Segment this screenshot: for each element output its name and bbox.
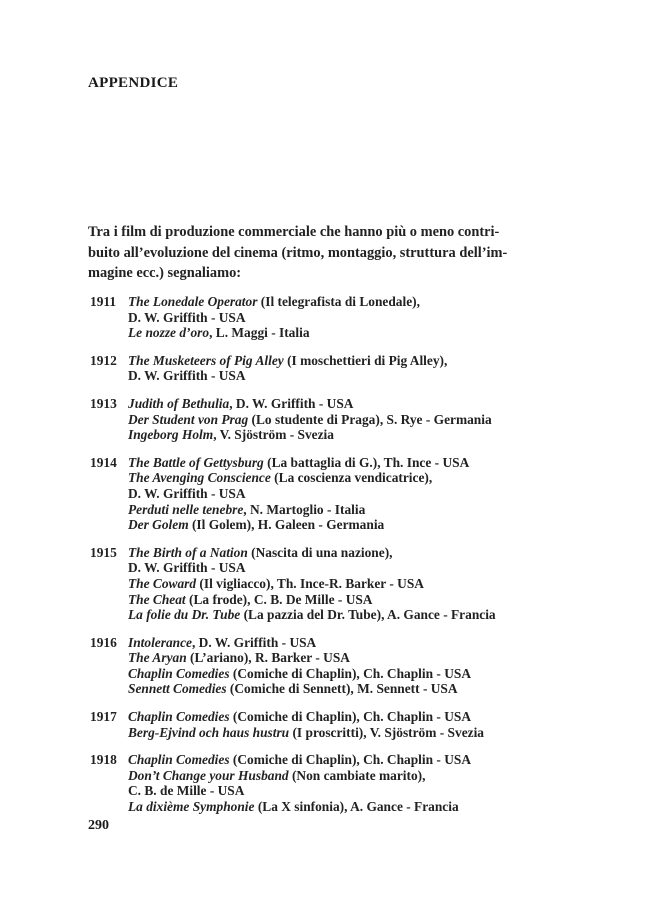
film-details: (Il Golem), H. Galeen - Germania (189, 517, 385, 532)
film-title: The Avenging Conscience (128, 470, 271, 485)
film-details: (Il telegrafista di Lonedale), (257, 294, 420, 309)
film-title: Der Student von Prag (128, 412, 248, 427)
year-label: 1913 (90, 396, 124, 412)
film-lines: Chaplin Comedies (Comiche di Chaplin), C… (128, 752, 630, 814)
film-details: D. W. Griffith - USA (128, 486, 246, 501)
year-label: 1917 (90, 709, 124, 725)
film-details: (La frode), C. B. De Mille - USA (186, 592, 373, 607)
film-line: The Coward (Il vigliacco), Th. Ince-R. B… (128, 576, 630, 592)
book-page: APPENDICE Tra i film di produzione comme… (0, 0, 650, 912)
film-details: , D. W. Griffith - USA (192, 635, 316, 650)
year-entry: 1917Chaplin Comedies (Comiche di Chaplin… (90, 709, 630, 740)
film-title: Sennett Comedies (128, 681, 227, 696)
film-title: The Lonedale Operator (128, 294, 257, 309)
film-lines: The Lonedale Operator (Il telegrafista d… (128, 294, 630, 341)
film-details: (I proscritti), V. Sjöström - Svezia (289, 725, 484, 740)
year-label: 1915 (90, 545, 124, 561)
year-label: 1912 (90, 353, 124, 369)
year-entry: 1916Intolerance, D. W. Griffith - USAThe… (90, 635, 630, 697)
film-title: Intolerance (128, 635, 192, 650)
film-title: The Battle of Gettysburg (128, 455, 264, 470)
film-line: Perduti nelle tenebre, N. Martoglio - It… (128, 502, 630, 518)
film-details: (La X sinfonia), A. Gance - Francia (254, 799, 458, 814)
film-details: (Comiche di Chaplin), Ch. Chaplin - USA (230, 666, 471, 681)
film-title: Berg-Ejvind och haus hustru (128, 725, 289, 740)
film-details: (Lo studente di Praga), S. Rye - Germani… (248, 412, 492, 427)
film-line: Der Golem (Il Golem), H. Galeen - German… (128, 517, 630, 533)
film-line: The Lonedale Operator (Il telegrafista d… (128, 294, 630, 310)
film-line: Chaplin Comedies (Comiche di Chaplin), C… (128, 666, 630, 682)
film-details: (La battaglia di G.), Th. Ince - USA (264, 455, 469, 470)
film-line: Chaplin Comedies (Comiche di Chaplin), C… (128, 752, 630, 768)
page-title: APPENDICE (88, 75, 178, 92)
film-title: The Birth of a Nation (128, 545, 248, 560)
year-entry: 1914The Battle of Gettysburg (La battagl… (90, 455, 630, 533)
film-line: D. W. Griffith - USA (128, 310, 630, 326)
film-title: Chaplin Comedies (128, 709, 230, 724)
film-line: La folie du Dr. Tube (La pazzia del Dr. … (128, 607, 630, 623)
year-entry: 1913Judith of Bethulia, D. W. Griffith -… (90, 396, 630, 443)
film-title: Le nozze d’oro (128, 325, 209, 340)
film-line: The Avenging Conscience (La coscienza ve… (128, 470, 630, 486)
year-entry: 1912The Musketeers of Pig Alley (I mosch… (90, 353, 630, 384)
film-details: , L. Maggi - Italia (209, 325, 309, 340)
film-title: Chaplin Comedies (128, 752, 230, 767)
film-line: The Battle of Gettysburg (La battaglia d… (128, 455, 630, 471)
film-details: (L’ariano), R. Barker - USA (187, 650, 350, 665)
film-details: , D. W. Griffith - USA (229, 396, 353, 411)
film-title: The Cheat (128, 592, 186, 607)
film-details: D. W. Griffith - USA (128, 368, 246, 383)
film-details: , V. Sjöström - Svezia (213, 427, 334, 442)
year-entry: 1911The Lonedale Operator (Il telegrafis… (90, 294, 630, 341)
year-label: 1916 (90, 635, 124, 651)
film-line: The Aryan (L’ariano), R. Barker - USA (128, 650, 630, 666)
film-details: D. W. Griffith - USA (128, 560, 246, 575)
year-label: 1911 (90, 294, 124, 310)
film-line: Intolerance, D. W. Griffith - USA (128, 635, 630, 651)
film-title: Don’t Change your Husband (128, 768, 289, 783)
film-lines: Judith of Bethulia, D. W. Griffith - USA… (128, 396, 630, 443)
film-details: (La pazzia del Dr. Tube), A. Gance - Fra… (240, 607, 495, 622)
film-line: Berg-Ejvind och haus hustru (I proscritt… (128, 725, 630, 741)
film-line: Judith of Bethulia, D. W. Griffith - USA (128, 396, 630, 412)
film-line: Le nozze d’oro, L. Maggi - Italia (128, 325, 630, 341)
film-details: (Comiche di Sennett), M. Sennett - USA (227, 681, 458, 696)
film-title: La folie du Dr. Tube (128, 607, 240, 622)
film-line: D. W. Griffith - USA (128, 560, 630, 576)
film-list: 1911The Lonedale Operator (Il telegrafis… (90, 294, 630, 827)
film-details: (Non cambiate marito), (289, 768, 426, 783)
film-line: D. W. Griffith - USA (128, 486, 630, 502)
film-lines: The Birth of a Nation (Nascita di una na… (128, 545, 630, 623)
intro-line: magine ecc.) segnaliamo: (88, 263, 568, 284)
film-line: C. B. de Mille - USA (128, 783, 630, 799)
intro-line: Tra i film di produzione commerciale che… (88, 222, 568, 243)
film-title: The Coward (128, 576, 196, 591)
film-line: The Birth of a Nation (Nascita di una na… (128, 545, 630, 561)
film-line: Ingeborg Holm, V. Sjöström - Svezia (128, 427, 630, 443)
film-details: (La coscienza vendicatrice), (271, 470, 432, 485)
film-line: La dixième Symphonie (La X sinfonia), A.… (128, 799, 630, 815)
film-lines: Chaplin Comedies (Comiche di Chaplin), C… (128, 709, 630, 740)
film-title: Chaplin Comedies (128, 666, 230, 681)
film-details: (Il vigliacco), Th. Ince-R. Barker - USA (196, 576, 424, 591)
film-details: (Comiche di Chaplin), Ch. Chaplin - USA (230, 709, 471, 724)
film-title: Judith of Bethulia (128, 396, 229, 411)
year-entry: 1918Chaplin Comedies (Comiche di Chaplin… (90, 752, 630, 814)
film-details: C. B. de Mille - USA (128, 783, 244, 798)
film-lines: The Battle of Gettysburg (La battaglia d… (128, 455, 630, 533)
film-title: Der Golem (128, 517, 189, 532)
film-line: The Cheat (La frode), C. B. De Mille - U… (128, 592, 630, 608)
film-details: (I moschettieri di Pig Alley), (284, 353, 448, 368)
film-line: D. W. Griffith - USA (128, 368, 630, 384)
film-title: La dixième Symphonie (128, 799, 254, 814)
page-number: 290 (88, 818, 109, 834)
film-lines: The Musketeers of Pig Alley (I moschetti… (128, 353, 630, 384)
film-line: Sennett Comedies (Comiche di Sennett), M… (128, 681, 630, 697)
year-entry: 1915The Birth of a Nation (Nascita di un… (90, 545, 630, 623)
film-details: (Nascita di una nazione), (248, 545, 393, 560)
film-title: Perduti nelle tenebre (128, 502, 243, 517)
intro-line: buito all’evoluzione del cinema (ritmo, … (88, 243, 568, 264)
year-label: 1918 (90, 752, 124, 768)
film-line: Der Student von Prag (Lo studente di Pra… (128, 412, 630, 428)
film-details: , N. Martoglio - Italia (243, 502, 365, 517)
film-details: D. W. Griffith - USA (128, 310, 246, 325)
film-details: (Comiche di Chaplin), Ch. Chaplin - USA (230, 752, 471, 767)
intro-paragraph: Tra i film di produzione commerciale che… (88, 222, 568, 284)
film-lines: Intolerance, D. W. Griffith - USAThe Ary… (128, 635, 630, 697)
film-line: Chaplin Comedies (Comiche di Chaplin), C… (128, 709, 630, 725)
film-title: The Musketeers of Pig Alley (128, 353, 284, 368)
film-title: The Aryan (128, 650, 187, 665)
film-line: Don’t Change your Husband (Non cambiate … (128, 768, 630, 784)
year-label: 1914 (90, 455, 124, 471)
film-title: Ingeborg Holm (128, 427, 213, 442)
film-line: The Musketeers of Pig Alley (I moschetti… (128, 353, 630, 369)
